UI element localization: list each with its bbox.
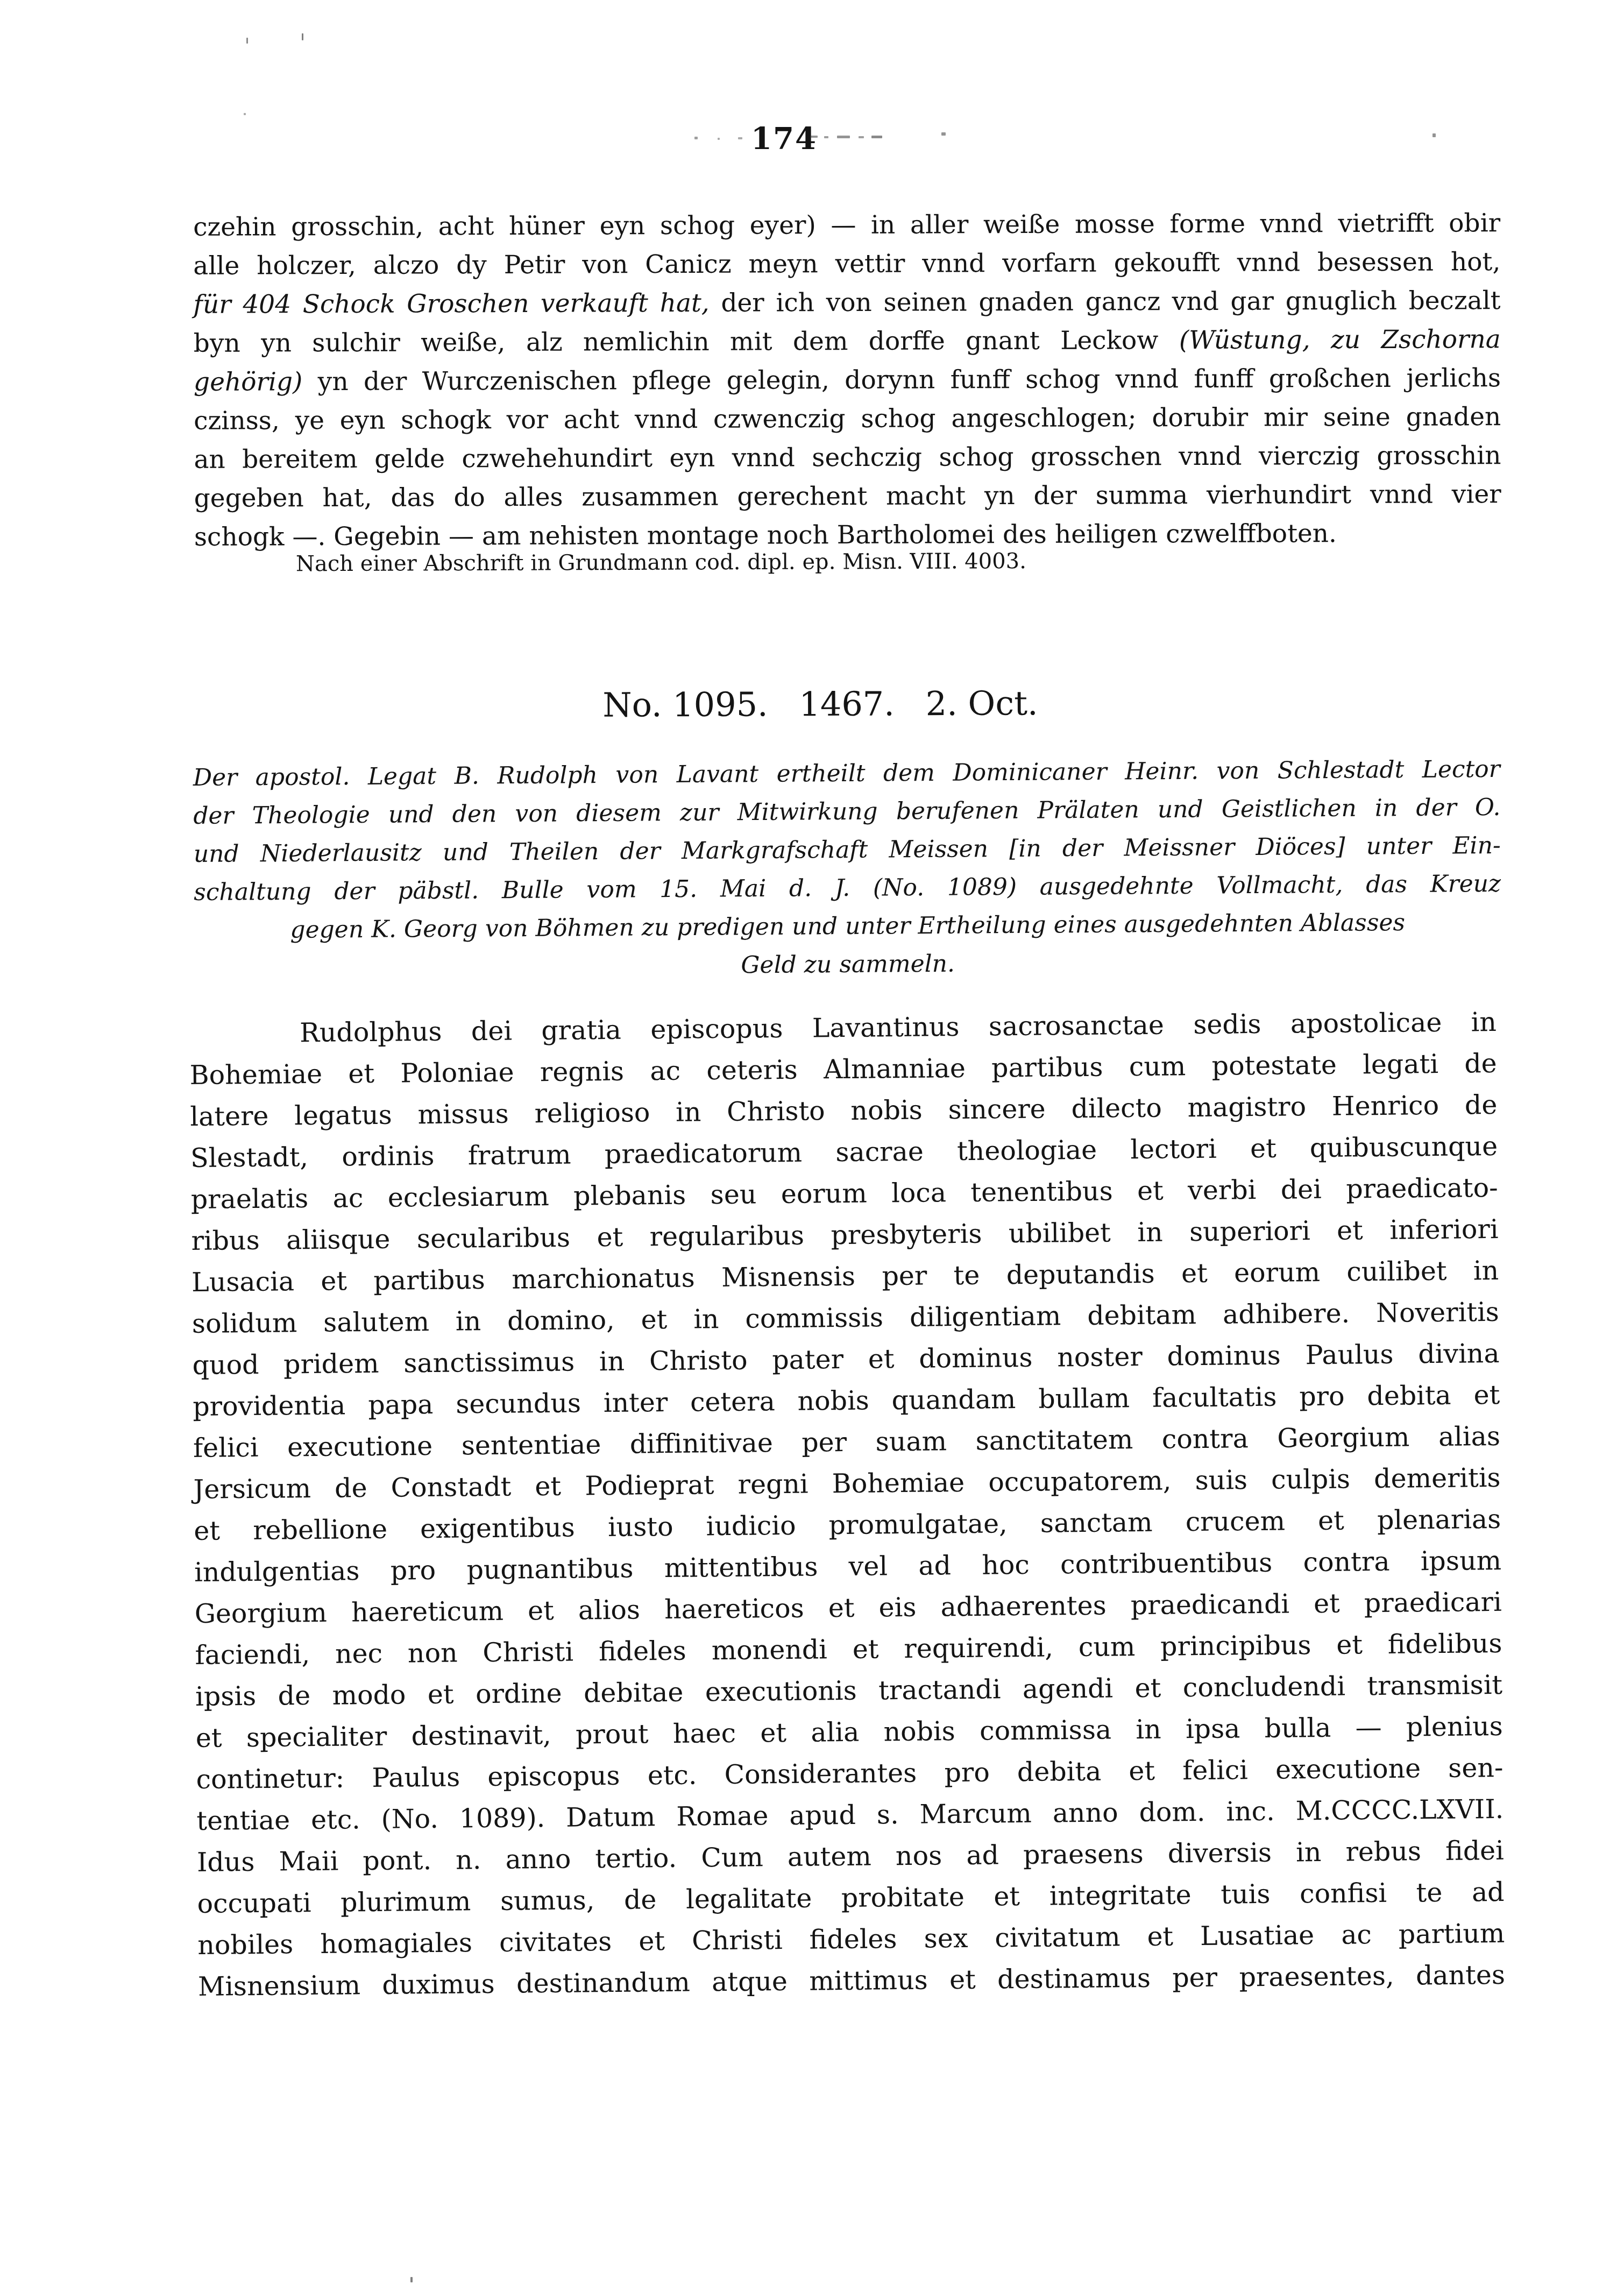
entry-heading: No. 1095. 1467. 2. Oct. xyxy=(167,682,1474,727)
text-segment: Der apostol. Legat B. Rudolph von Lavant… xyxy=(193,755,1500,791)
text-segment: solidum salutem in domino, et in commiss… xyxy=(192,1297,1499,1339)
italic-text-segment: gehörig) xyxy=(194,367,303,397)
text-segment: der ich von seinen gnaden gancz vnd gar … xyxy=(710,286,1501,318)
text-line: byn yn sulchir weiße, alz nemlichin mit … xyxy=(194,320,1501,363)
scan-speck xyxy=(824,136,828,138)
text-line: gegeben hat, das do alles zusammen gerec… xyxy=(194,475,1501,518)
text-line: czinss, ye eyn schogk vor acht vnnd czwe… xyxy=(194,398,1501,441)
text-segment: occupati plurimum sumus, de legalitate p… xyxy=(197,1877,1504,1919)
text-segment: ipsis de modo et ordine debitae executio… xyxy=(195,1670,1502,1712)
text-line: alle holczer, alczo dy Petir von Canicz … xyxy=(193,243,1500,286)
text-segment: schaltung der päbstl. Bulle vom 15. Mai … xyxy=(194,870,1501,906)
scan-speck xyxy=(302,33,303,40)
text-segment: alle holczer, alczo dy Petir von Canicz … xyxy=(193,247,1500,281)
text-segment: Misnensium duximus destinandum atque mit… xyxy=(198,1960,1505,2002)
text-segment: nobiles homagiales civitates et Christi … xyxy=(197,1918,1505,1961)
text-line: für 404 Schock Groschen verkauft hat, de… xyxy=(193,281,1500,324)
italic-text-segment: für 404 Schock Groschen verkauft hat, xyxy=(193,288,709,320)
text-segment: Geld zu sammeln. xyxy=(741,950,955,979)
text-segment: praelatis ac ecclesiarum plebanis seu eo… xyxy=(191,1172,1498,1215)
scan-speck xyxy=(1432,133,1436,137)
text-segment: Slestadt, ordinis fratrum praedicatorum … xyxy=(190,1131,1498,1173)
text-segment: Georgium haereticum et alios haereticos … xyxy=(195,1587,1502,1629)
text-segment: ribus aliisque secularibus et regularibu… xyxy=(191,1214,1498,1256)
scan-speck xyxy=(810,136,818,138)
text-segment: yn der Wurczenischen pflege gelegin, dor… xyxy=(302,363,1501,397)
text-segment: Bohemiae et Poloniae regnis ac ceteris A… xyxy=(189,1048,1497,1091)
scanned-document-page: 174 czehin grosschin, acht hüner eyn sch… xyxy=(0,0,1624,2284)
text-segment: Jersicum de Constadt et Podieprat regni … xyxy=(193,1462,1500,1505)
text-segment: byn yn sulchir weiße, alz nemlichin mit … xyxy=(194,326,1179,358)
scan-speck xyxy=(694,137,698,139)
text-segment: felici executione sententiae diffinitiva… xyxy=(193,1421,1500,1463)
german-paragraph: czehin grosschin, acht hüner eyn schog e… xyxy=(193,204,1501,557)
source-note: Nach einer Abschrift in Grundmann cod. d… xyxy=(296,546,1501,578)
italic-text-segment: (Wüstung, zu Zschorna xyxy=(1179,324,1501,355)
text-segment: Idus Maii pont. n. anno tertio. Cum aute… xyxy=(197,1835,1504,1878)
scan-speck xyxy=(410,2277,413,2282)
scan-speck xyxy=(859,136,864,138)
scan-speck xyxy=(244,113,246,115)
text-segment: indulgentias pro pugnantibus mittentibus… xyxy=(194,1545,1501,1588)
latin-paragraph: Rudolphus dei gratia episcopus Lavantinu… xyxy=(189,1001,1506,2007)
scan-speck xyxy=(837,136,850,138)
entry-date: 2. Oct. xyxy=(925,683,1038,724)
text-segment: Rudolphus dei gratia episcopus Lavantinu… xyxy=(300,1007,1497,1048)
text-segment: tentiae etc. (No. 1089). Datum Romae apu… xyxy=(196,1794,1504,1836)
text-segment: gegeben hat, das do alles zusammen gerec… xyxy=(194,479,1501,513)
text-segment: et specialiter destinavit, prout haec et… xyxy=(196,1711,1503,1753)
text-segment: der Theologie und den von diesem zur Mit… xyxy=(193,794,1500,830)
text-segment: continetur: Paulus episcopus etc. Consid… xyxy=(196,1752,1503,1795)
text-segment: latere legatus missus religioso in Chris… xyxy=(190,1090,1497,1132)
scan-speck xyxy=(871,136,882,138)
text-segment: czehin grosschin, acht hüner eyn schog e… xyxy=(193,208,1500,242)
entry-year: 1467. xyxy=(799,684,895,724)
text-segment: quod pridem sanctissimus in Christo pate… xyxy=(192,1338,1499,1381)
text-line: gehörig) yn der Wurczenischen pflege gel… xyxy=(194,359,1501,402)
scan-speck xyxy=(246,38,248,44)
text-segment: gegen K. Georg von Böhmen zu predigen un… xyxy=(290,909,1405,944)
text-line: czehin grosschin, acht hüner eyn schog e… xyxy=(193,204,1500,247)
text-segment: et rebellione exigentibus iusto iudicio … xyxy=(194,1504,1501,1546)
text-segment: czinss, ye eyn schogk vor acht vnnd czwe… xyxy=(194,402,1501,436)
scan-speck xyxy=(718,138,720,140)
text-segment: an bereitem gelde czwehehundirt eyn vnnd… xyxy=(194,441,1501,475)
scan-speck xyxy=(941,132,946,136)
text-segment: Lusacia et partibus marchionatus Misnens… xyxy=(192,1255,1499,1298)
text-line: an bereitem gelde czwehehundirt eyn vnnd… xyxy=(194,436,1501,479)
summary-paragraph: Der apostol. Legat B. Rudolph von Lavant… xyxy=(193,750,1502,988)
scan-speck xyxy=(738,137,742,139)
text-segment: providentia papa secundus inter cetera n… xyxy=(193,1380,1500,1422)
text-segment: und Niederlausitz und Theilen der Markgr… xyxy=(194,832,1501,868)
page-number: 174 xyxy=(0,121,1596,157)
entry-number: No. 1095. xyxy=(602,684,768,725)
text-segment: faciendi, nec non Christi fideles monend… xyxy=(195,1628,1502,1671)
